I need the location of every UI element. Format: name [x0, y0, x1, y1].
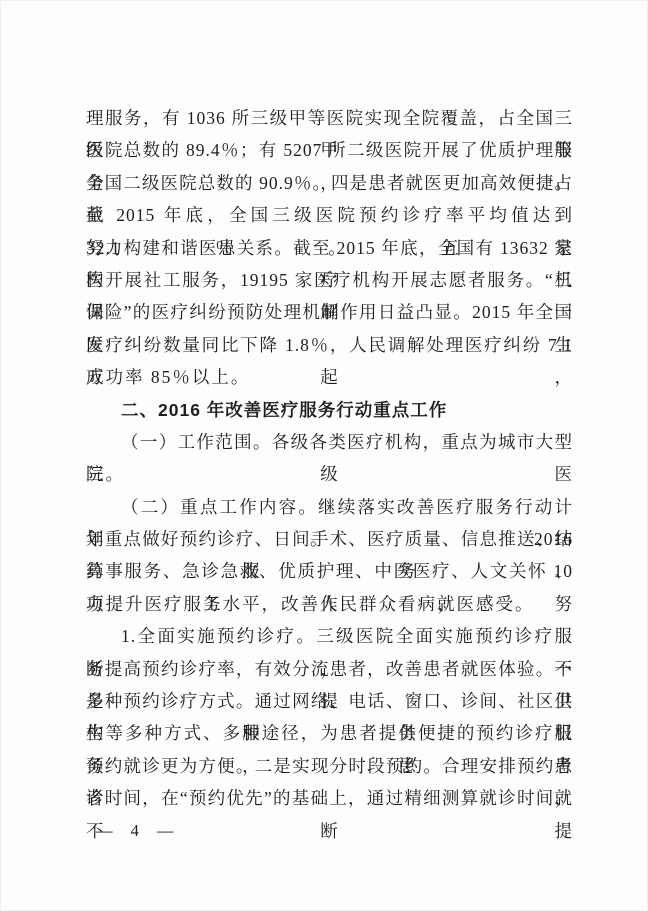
text-line: 至 2015 年底，全国三级医院预约诊疗率平均值达到 32.1％。五是: [86, 199, 573, 231]
text-line: 预约就诊更为方便。二是实现分时段预约。合理安排预约患者就: [86, 750, 573, 782]
text-line: （一）工作范围。各级各类医疗机构，重点为城市大型三级医: [86, 426, 573, 458]
document-page: 理服务，有 1036 所三级甲等医院实现全院覆盖，占全国三级甲等医院总数的 89…: [0, 0, 648, 911]
text-line: 构等多种方式、多种途径，为患者提供便捷的预约诊疗服务，患者: [86, 717, 573, 749]
page-number: — 4 —: [96, 817, 176, 845]
text-line: 全国二级医院总数的 90.9％。四是患者就医更加高效便捷。截: [86, 167, 573, 199]
text-line: （二）重点工作内容。继续落实改善医疗服务行动计划。2016: [86, 491, 573, 523]
section-heading: 二、2016 年改善医疗服务行动重点工作: [86, 394, 573, 426]
text-line: 医疗纠纷数量同比下降 1.8％，人民调解处理医疗纠纷 7.1 万起，: [86, 329, 573, 361]
text-line: 努力构建和谐医患关系。截至 2015 年底，全国有 13632 家医疗机: [86, 232, 573, 264]
text-line: 多种预约诊疗方式。通过网络、电话、窗口、诊间、社区卫生服务机: [86, 685, 573, 717]
text-line: 医院总数的 89.4％；有 5207 所二级医院开展了优质护理服务，占: [86, 134, 573, 166]
text-line: 保险”的医疗纠纷预防处理机制作用日益凸显。2015 年全国发生: [86, 296, 573, 328]
document-text-block: 理服务，有 1036 所三级甲等医院实现全院覆盖，占全国三级甲等医院总数的 89…: [86, 102, 573, 815]
text-line: 力提升医疗服务水平，改善人民群众看病就医感受。: [86, 588, 573, 620]
text-line: 构开展社工服务，19195 家医疗机构开展志愿者服务。“三调解一: [86, 264, 573, 296]
text-line: 断提高预约诊疗率，有效分流患者，改善患者就医体验。一是提供: [86, 653, 573, 685]
text-line: 药事服务、急诊急救、优质护理、中医医疗、人文关怀 10 项工作，努: [86, 555, 573, 587]
text-line: 诊时间，在“预约优先”的基础上，通过精细测算就诊时间，不断提: [86, 782, 573, 814]
text-line: 年重点做好预约诊疗、日间手术、医疗质量、信息推送、结算服务、: [86, 523, 573, 555]
text-line: 1.全面实施预约诊疗。三级医院全面实施预约诊疗服务，不: [86, 620, 573, 652]
text-line: 理服务，有 1036 所三级甲等医院实现全院覆盖，占全国三级甲等: [86, 102, 573, 134]
